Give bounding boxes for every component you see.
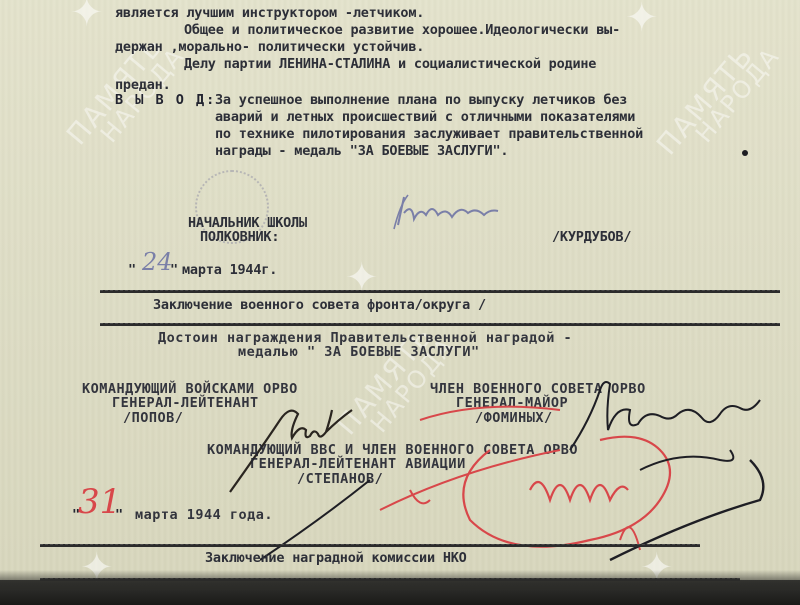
signatory-rank: ПОЛКОВНИК: <box>200 230 279 245</box>
section-divider <box>100 290 780 293</box>
council-decision: медалью " ЗА БОЕВЫЕ ЗАСЛУГИ" <box>238 345 480 360</box>
ink-dot <box>742 150 748 156</box>
commander-rank: ГЕНЕРАЛ-ЛЕЙТЕНАНТ <box>112 396 259 411</box>
text-line: предан. <box>115 78 171 93</box>
quote-mark: " <box>128 263 136 278</box>
conclusion-text: награды - медаль "ЗА БОЕВЫЕ ЗАСЛУГИ". <box>215 144 508 159</box>
section-divider <box>40 544 700 547</box>
text-line: является лучшим инструктором -летчиком. <box>115 6 424 21</box>
commander-name: /ПОПОВ/ <box>123 411 183 426</box>
page-shadow <box>0 570 800 605</box>
conclusion-text: аварий и летных происшествий с отличными… <box>215 110 635 125</box>
section-divider <box>100 323 780 326</box>
conclusion-label: В Ы В О Д: <box>115 93 216 108</box>
date-text: марта 1944 года. <box>135 508 273 523</box>
quote-mark: " <box>170 263 178 278</box>
conclusion-text: по технике пилотирования заслуживает пра… <box>215 127 643 142</box>
text-line: Делу партии ЛЕНИНА-СТАЛИНА и социалистич… <box>184 57 596 72</box>
air-commander-name: /СТЕПАНОВ/ <box>297 472 383 487</box>
text-line: держан ,морально- политически устойчив. <box>115 40 424 55</box>
text-line: Общее и политическое развитие хорошее.Ид… <box>184 23 620 38</box>
quote-mark: " <box>72 508 81 523</box>
date-text: марта 1944г. <box>182 263 277 278</box>
commission-section-header: Заключение наградной комиссии НКО <box>205 551 467 566</box>
quote-mark: " <box>115 508 124 523</box>
council-member-name: /ФОМИНЫХ/ <box>475 411 553 426</box>
council-member-rank: ГЕНЕРАЛ-МАЙОР <box>456 396 568 411</box>
council-section-header: Заключение военного совета фронта/округа… <box>153 298 486 313</box>
conclusion-text: За успешное выполнение плана по выпуску … <box>215 93 627 108</box>
air-commander-rank: ГЕНЕРАЛ-ЛЕЙТЕНАНТ АВИАЦИИ <box>250 457 466 472</box>
signatory-name: /КУРДУБОВ/ <box>552 230 631 245</box>
